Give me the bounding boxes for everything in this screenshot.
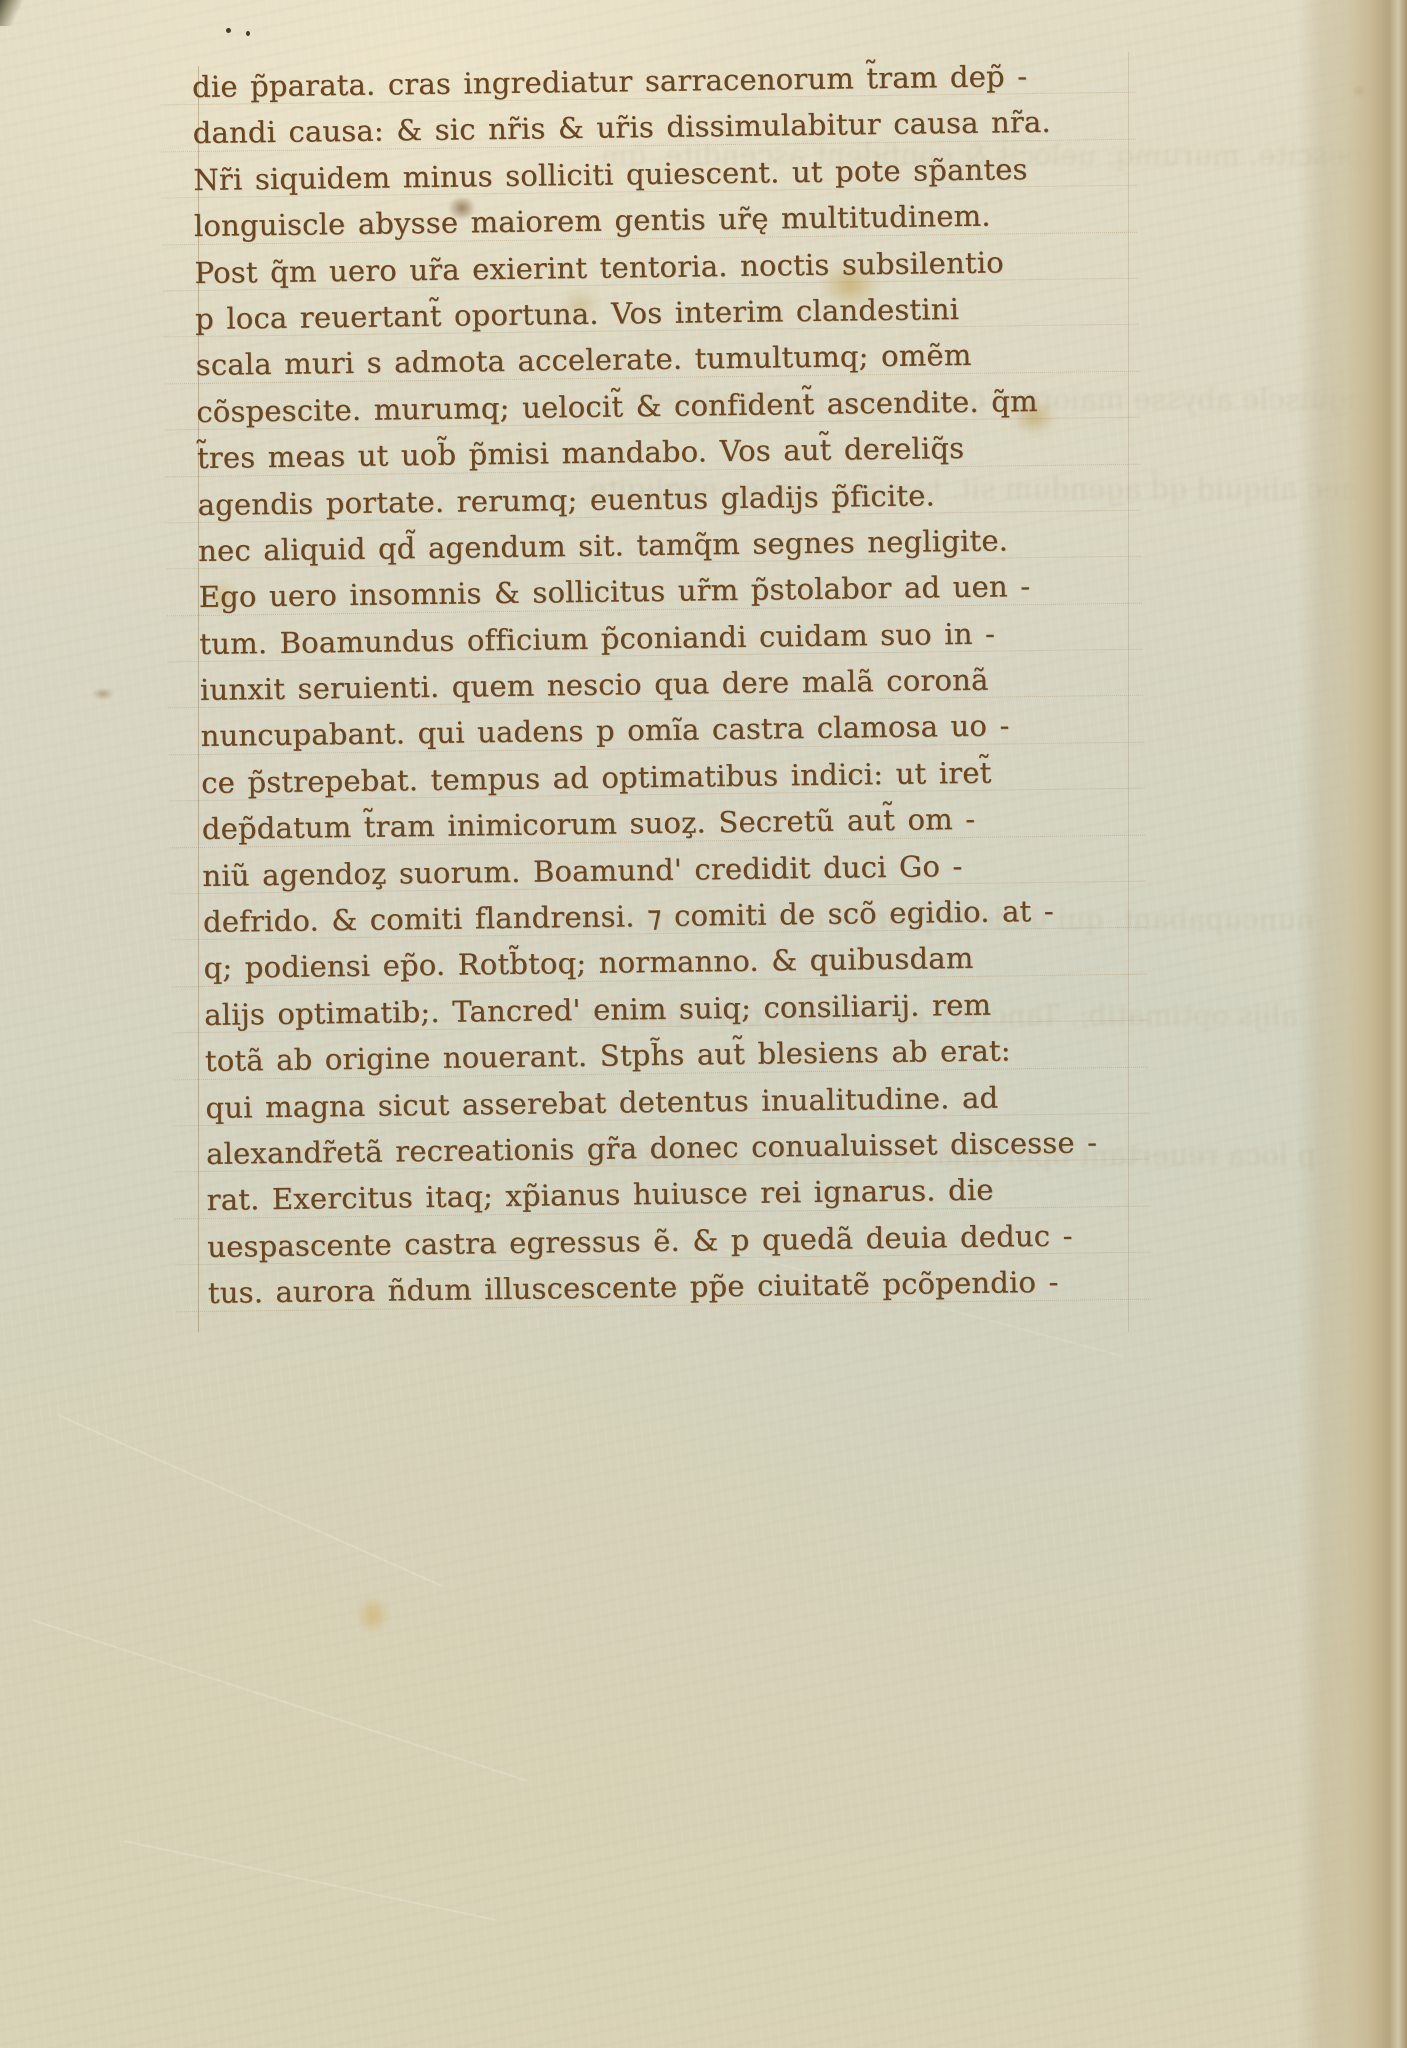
ink-dot xyxy=(246,31,250,36)
parchment-scratch xyxy=(58,1415,442,1587)
page-edge xyxy=(1297,0,1407,2048)
photo-corner-shadow xyxy=(0,0,150,26)
ink-dot xyxy=(226,28,231,33)
manuscript-page: cõspescite. murumq; uelocit̃ & confident… xyxy=(0,0,1407,2048)
text-block: die p̃parata. cras ingrediatur sarraceno… xyxy=(192,52,1148,1317)
parchment-scratch xyxy=(124,1841,496,1921)
parchment-scratch xyxy=(33,1620,528,1782)
parchment-stain xyxy=(92,688,114,700)
parchment-stain xyxy=(356,1596,390,1634)
